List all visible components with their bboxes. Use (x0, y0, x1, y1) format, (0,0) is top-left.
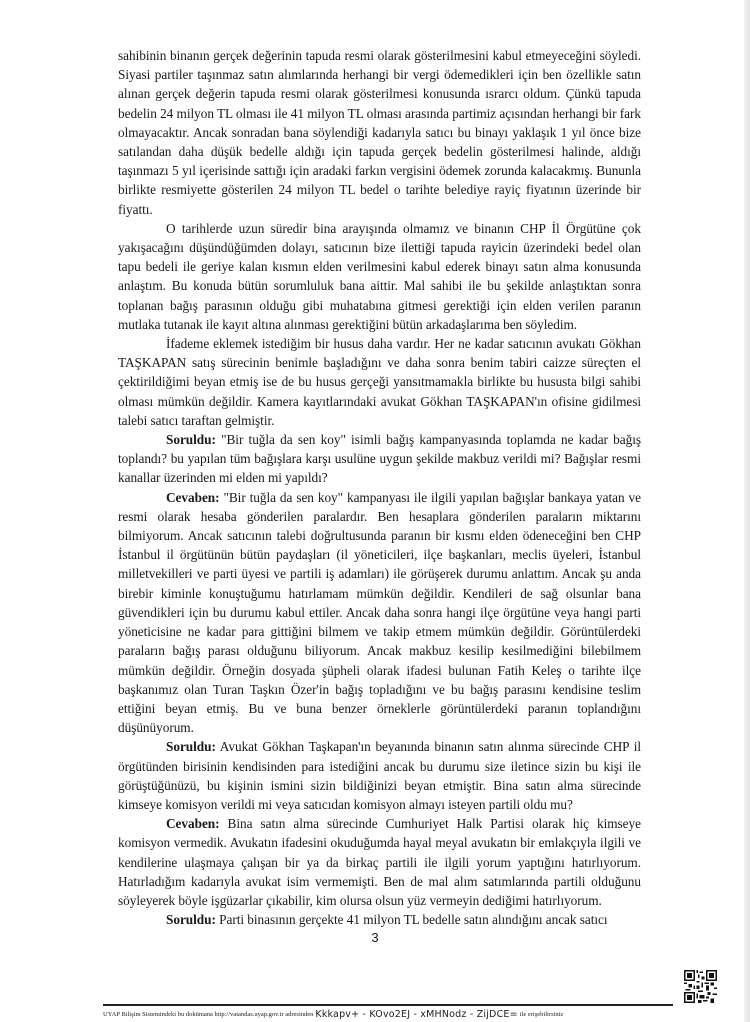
document-body: sahibinin binanın gerçek değerinin tapud… (118, 46, 641, 929)
question-label: Soruldu: (166, 912, 216, 927)
qr-code-icon (684, 970, 717, 1003)
page-number: 3 (0, 930, 750, 945)
footer-prefix: UYAP Bilişim Sistemindeki bu dokümana ht… (103, 1011, 313, 1018)
answer-2: Cevaben: Bina satın alma sürecinde Cumhu… (118, 814, 641, 910)
answer-label: Cevaben: (166, 816, 220, 831)
paragraph-text: O tarihlerde uzun süredir bina arayışınd… (118, 221, 641, 332)
question-1: Soruldu: "Bir tuğla da sen koy" isimli b… (118, 430, 641, 488)
answer-label: Cevaben: (166, 490, 220, 505)
uyap-footer: UYAP Bilişim Sistemindeki bu dokümana ht… (103, 1007, 683, 1021)
paragraph-text: "Bir tuğla da sen koy" kampanyası ile il… (118, 490, 641, 735)
question-label: Soruldu: (166, 739, 216, 754)
paragraph-3: İfademe eklemek istediğim bir husus daha… (118, 334, 641, 430)
paragraph-text: İfademe eklemek istediğim bir husus daha… (118, 336, 641, 428)
question-label: Soruldu: (166, 432, 216, 447)
question-3: Soruldu: Parti binasının gerçekte 41 mil… (118, 910, 641, 929)
paragraph-2: O tarihlerde uzun süredir bina arayışınd… (118, 219, 641, 334)
paragraph-text: Parti binasının gerçekte 41 milyon TL be… (216, 912, 608, 927)
scan-edge-shadow (744, 0, 750, 1022)
paragraph-text: sahibinin binanın gerçek değerinin tapud… (118, 48, 641, 217)
paragraph-1: sahibinin binanın gerçek değerinin tapud… (118, 46, 641, 219)
question-2: Soruldu: Avukat Gökhan Taşkapan'ın beyan… (118, 737, 641, 814)
footer-divider (103, 1004, 673, 1006)
footer-suffix: ile erişebilirsiniz (520, 1011, 564, 1018)
verification-code: Kkkapv+ - KOvo2EJ - xMHNodz - ZijDCE= (315, 1009, 517, 1020)
answer-1: Cevaben: "Bir tuğla da sen koy" kampanya… (118, 488, 641, 738)
